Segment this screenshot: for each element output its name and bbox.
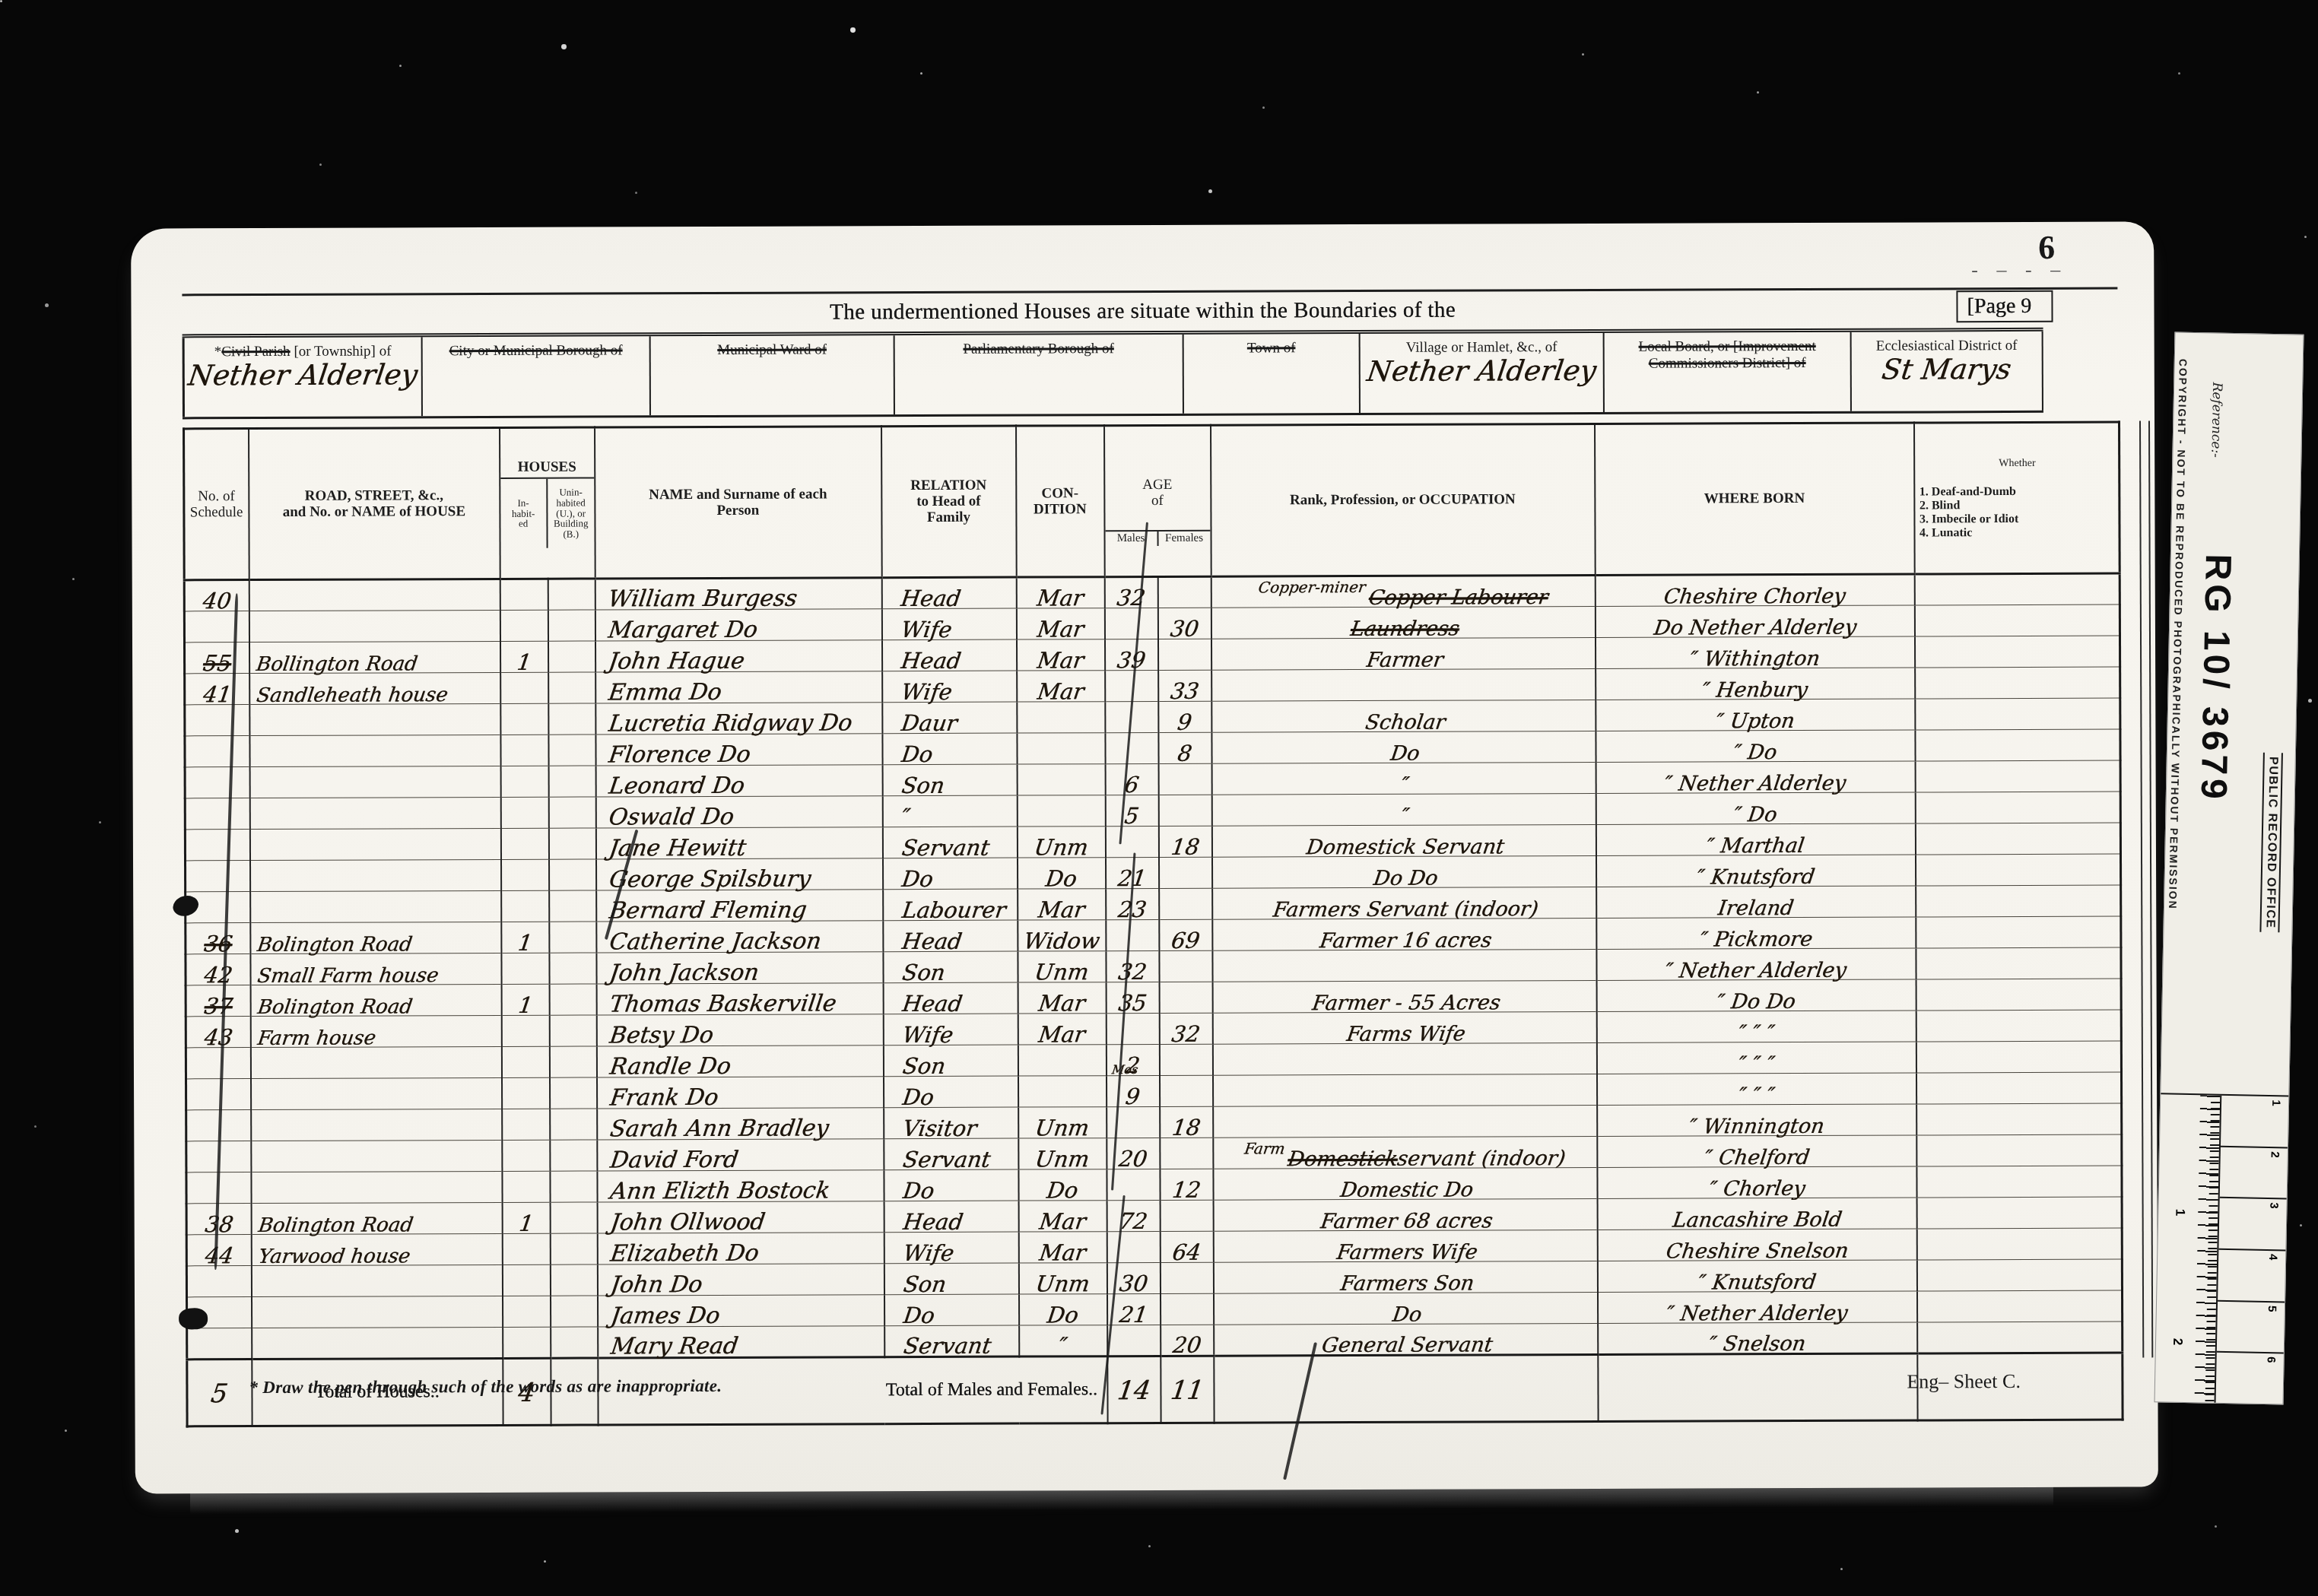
birthplace: ″ ″ ″: [1737, 1023, 1776, 1043]
birthplace: ″ Do: [1732, 743, 1778, 763]
age-female: 64: [1171, 1242, 1202, 1263]
condition: Mar: [1036, 619, 1085, 640]
person-name: Catherine Jackson: [608, 931, 822, 953]
ruler-cm-number: 1: [2269, 1099, 2282, 1106]
person-name: James Do: [609, 1306, 721, 1328]
occupation: Farms Wife: [1345, 1024, 1466, 1044]
birthplace: ″ Nether Alderley: [1665, 1303, 1850, 1323]
ruler-cm-number: 4: [2266, 1254, 2279, 1261]
col-where-born: WHERE BORN: [1595, 423, 1915, 575]
col-name: NAME and Surname of each Person: [595, 427, 882, 579]
film-noise: [0, 0, 2, 2]
age-male: 35: [1117, 993, 1148, 1014]
ink-blot: [179, 1308, 208, 1329]
person-name: Bernard Fleming: [608, 900, 808, 922]
col-age-group: AGE of Males Females: [1104, 425, 1211, 576]
relation: Servant: [900, 837, 991, 858]
birthplace: ″ Henbury: [1701, 681, 1809, 700]
age-female: 18: [1170, 1117, 1202, 1138]
top-rule: [182, 287, 2117, 297]
header-field-label: Town of: [1184, 340, 1359, 357]
age-male: 21: [1118, 1305, 1149, 1326]
census-form-page: 6 - – - – The undermentioned Houses are …: [131, 221, 2158, 1493]
occupation: General Servant: [1320, 1335, 1494, 1355]
ruler-cm-cell: 2: [2220, 1147, 2288, 1200]
condition: Mar: [1036, 588, 1085, 609]
census-table-body: 40 William Burgess Head Mar 32 Copper-mi…: [184, 573, 2123, 1360]
age-male: 20: [1118, 1149, 1149, 1170]
header-field-value: Nether Alderley: [186, 362, 419, 389]
occupation-correction: Farm: [1243, 1141, 1286, 1156]
ruler-cm-cell: 1: [2221, 1096, 2288, 1148]
age-male: 32: [1117, 962, 1148, 983]
age-female: 18: [1170, 836, 1201, 858]
occupation: Do: [1389, 744, 1421, 763]
relation: Head: [900, 993, 963, 1014]
schedule-number: 43: [203, 1027, 234, 1049]
birthplace: Ireland: [1717, 899, 1795, 919]
occupation-struck: Domestick: [1287, 1149, 1399, 1169]
col-condition: CON- DITION: [1016, 426, 1105, 577]
header-field: Municipal Ward of: [649, 335, 894, 415]
relation: Visitor: [901, 1118, 978, 1139]
age-female: 30: [1169, 618, 1200, 639]
condition: Unm: [1034, 1149, 1091, 1170]
road-name: Yarwood house: [251, 1247, 411, 1266]
schedule-number: 36: [202, 934, 233, 955]
page-number-box: [Page 9: [1956, 290, 2053, 322]
person-name: Thomas Baskerville: [608, 994, 837, 1017]
header-field: Local Board, or [Improvement Commissione…: [1603, 332, 1850, 412]
birthplace: ″ Winnington: [1688, 1117, 1825, 1137]
occupation: ″: [1400, 775, 1411, 795]
schedule-number: 38: [204, 1214, 235, 1236]
col-age-males: Males: [1105, 531, 1157, 547]
reference-label: Reference:-: [2208, 382, 2224, 458]
form-title: The undermentioned Houses are situate wi…: [648, 297, 1637, 326]
relation: Son: [902, 1274, 948, 1296]
occupation: Farmer: [1365, 650, 1444, 670]
column-header-row: No. of Schedule ROAD, STREET, &c., and N…: [184, 422, 2120, 580]
public-record-office-label: PUBLIC RECORD OFFICE: [2259, 753, 2283, 933]
totals-schedule-count: 5: [210, 1382, 230, 1406]
birthplace: ″ Nether Alderley: [1663, 773, 1847, 793]
person-name: John Do: [609, 1274, 703, 1296]
ruler-cm-cell: 6: [2216, 1353, 2284, 1404]
age-female: 69: [1170, 930, 1202, 951]
relation: Do: [902, 1306, 935, 1327]
disabilities-list: 1. Deaf-and-Dumb 2. Blind 3. Imbecile or…: [1919, 485, 2116, 541]
occupation: Farmer - 55 Acres: [1310, 993, 1500, 1014]
birthplace: ″ Do Do: [1716, 992, 1797, 1012]
person-name: John Ollwood: [608, 1212, 766, 1234]
ruler-cm-cell: 3: [2218, 1198, 2286, 1251]
ruler-cm-number: 5: [2266, 1306, 2278, 1312]
condition: Unm: [1034, 962, 1090, 983]
birthplace: ″ ″ ″: [1737, 1055, 1776, 1074]
ruler-cm-cell: 4: [2218, 1250, 2285, 1303]
ruler-cm-cell: 5: [2217, 1302, 2285, 1354]
age-female: 32: [1170, 1023, 1202, 1045]
condition: Unm: [1033, 837, 1089, 858]
birthplace: ″ Snelson: [1708, 1334, 1807, 1354]
header-field: *Civil Parish [or Township] of Nether Al…: [183, 337, 421, 417]
condition: Widow: [1022, 931, 1100, 952]
person-name: Elizabeth Do: [608, 1243, 760, 1265]
header-field: Town of: [1183, 334, 1359, 414]
ruler-cm-number: 3: [2267, 1202, 2280, 1209]
condition: Unm: [1034, 1118, 1091, 1139]
condition: Mar: [1038, 1211, 1088, 1233]
age-male: 30: [1118, 1274, 1149, 1295]
person-name: George Spilsbury: [608, 869, 812, 891]
table-row: 42 Small Farm house John Jackson Son Unm…: [186, 947, 2121, 985]
total-males-females-label: Total of Males and Females..: [886, 1379, 1097, 1400]
condition: Do: [1046, 1180, 1079, 1201]
condition: Do: [1044, 868, 1078, 890]
relation: Head: [900, 931, 963, 952]
houses-inhabited: 1: [516, 652, 532, 673]
condition: Mar: [1037, 993, 1087, 1014]
relation: Son: [901, 1056, 947, 1077]
occupation: Scholar: [1364, 712, 1446, 732]
col-schedule: No. of Schedule: [184, 429, 249, 580]
col-uninhabited: Unin- habited (U.), or Building (B.): [546, 478, 594, 548]
corner-pen-marks: - – - –: [1971, 259, 2067, 281]
person-name: Lucretia Ridgway Do: [607, 712, 853, 735]
birthplace: ″ Upton: [1715, 712, 1796, 731]
road-name: Bolington Road: [249, 998, 413, 1017]
col-inhabited: In- habit- ed: [500, 478, 547, 548]
birthplace: ″ Pickmore: [1698, 930, 1813, 950]
table-row: 40 William Burgess Head Mar 32 Copper-mi…: [184, 573, 2120, 611]
occupation: servant (indoor): [1396, 1149, 1567, 1169]
condition: Unm: [1034, 1274, 1091, 1295]
condition: Mar: [1036, 650, 1085, 671]
relation: Wife: [900, 620, 953, 641]
age-group-title: AGE of: [1105, 455, 1210, 530]
header-field-label: Parliamentary Borough of: [895, 341, 1183, 359]
header-field: Village or Hamlet, &c., of Nether Alderl…: [1359, 333, 1603, 413]
header-field: Parliamentary Borough of: [894, 335, 1183, 414]
birthplace: ″ Knutsford: [1695, 868, 1815, 887]
occupation: Domestick Servant: [1305, 837, 1505, 858]
person-name: Leonard Do: [607, 776, 745, 798]
houses-inhabited: 1: [518, 1213, 535, 1234]
condition: Mar: [1036, 681, 1085, 703]
relation: Wife: [900, 1025, 954, 1046]
person-name: Randle Do: [608, 1056, 732, 1078]
relation: Head: [900, 650, 962, 671]
person-name: Oswald Do: [607, 807, 735, 829]
birthplace: ″ ″ ″: [1737, 1086, 1776, 1106]
ruler-cm-number: 2: [2269, 1151, 2281, 1158]
houses-inhabited: 1: [517, 995, 534, 1016]
relation: Servant: [902, 1335, 992, 1356]
occupation: Farmers Wife: [1335, 1242, 1478, 1262]
relation: ″: [900, 807, 911, 828]
col-age-females: Females: [1157, 531, 1210, 546]
microfilm-frame: { "page": { "corner_number": "6", "corne…: [0, 0, 2318, 1596]
table-row: Leonard Do Son 6 ″ ″ Nether Alderley: [185, 760, 2120, 798]
birthplace: ″ Marthal: [1706, 836, 1806, 856]
header-field: City or Municipal Borough of: [421, 336, 649, 416]
schedule-number: 37: [203, 996, 234, 1017]
age-note: Mos: [1110, 1064, 1138, 1075]
age-female: 12: [1171, 1179, 1202, 1201]
table-row: 44 Yarwood house Elizabeth Do Wife Mar 6…: [186, 1228, 2122, 1266]
relation: Daur: [900, 712, 958, 734]
table-row: James Do Do Do 21 Do ″ Nether Alderley: [187, 1290, 2123, 1328]
person-name: Betsy Do: [608, 1025, 714, 1047]
age-male: 5: [1123, 806, 1140, 827]
total-females: 11: [1169, 1379, 1205, 1403]
person-name: Ann Elizth Bostock: [608, 1181, 830, 1204]
relation: Labourer: [900, 900, 1007, 921]
occupation: Farmer 68 acres: [1319, 1211, 1494, 1231]
col-houses-group: HOUSES In- habit- ed Unin- habited (U.),…: [500, 427, 595, 579]
relation: Head: [901, 1211, 964, 1233]
condition: Mar: [1038, 1242, 1088, 1264]
header-field-label: City or Municipal Borough of: [423, 342, 649, 360]
person-name: Sarah Ann Bradley: [608, 1118, 830, 1141]
col-road: ROAD, STREET, &c., and No. or NAME of HO…: [249, 427, 500, 579]
age-female: 33: [1169, 681, 1200, 702]
road-name: Small Farm house: [249, 966, 439, 986]
birthplace: ″ Nether Alderley: [1664, 960, 1848, 980]
person-name: John Hague: [607, 651, 745, 673]
occupation: Farmers Son: [1339, 1274, 1475, 1293]
table-row: Margaret Do Wife Mar 30 Laundress Do Net…: [184, 604, 2120, 643]
ruler-inch-number: 1: [2172, 1209, 2187, 1217]
header-fields: *Civil Parish [or Township] of Nether Al…: [183, 328, 2043, 420]
ruler: 123456 12: [2155, 1093, 2289, 1404]
relation: Son: [900, 776, 945, 797]
occupation: Do Do: [1372, 868, 1439, 888]
relation: Wife: [900, 682, 953, 703]
person-name: Frank Do: [608, 1087, 719, 1109]
occupation-correction: Copper-miner: [1257, 580, 1366, 595]
relation: Do: [900, 869, 934, 890]
road-name: Bollington Road: [249, 655, 418, 674]
pro-reference-strip: COPYRIGHT - NOT TO BE REPRODUCED PHOTOGR…: [2154, 332, 2304, 1404]
disabilities-title: Whether: [1919, 457, 2116, 470]
ruler-cm-cells: 123456: [2216, 1096, 2289, 1404]
relation: Do: [901, 1181, 935, 1202]
ruler-inch-number: 2: [2170, 1338, 2185, 1346]
occupation: Do: [1391, 1305, 1422, 1325]
birthplace: Cheshire Snelson: [1665, 1241, 1850, 1261]
header-field-value: St Marys: [1881, 356, 2013, 383]
occupation-struck: Copper Labourer: [1367, 588, 1549, 608]
condition: Mar: [1037, 1024, 1087, 1045]
form-footnote: * Draw the pen through such of the words…: [249, 1376, 722, 1398]
ruler-cm-number: 6: [2265, 1356, 2278, 1363]
birthplace: Do Nether Alderley: [1653, 617, 1857, 638]
road-name: Sandleheath house: [249, 686, 449, 706]
person-name: William Burgess: [606, 589, 798, 611]
birthplace: ″ Withington: [1689, 649, 1821, 669]
schedule-number: 40: [202, 591, 233, 612]
person-name: David Ford: [608, 1150, 739, 1172]
birthplace: ″ Chelford: [1703, 1148, 1810, 1168]
person-name: John Jackson: [608, 963, 760, 985]
schedule-number: 55: [202, 653, 233, 674]
person-name: Emma Do: [607, 682, 722, 704]
header-field: Ecclesiastical District of St Marys: [1850, 332, 2043, 411]
relation: Head: [899, 588, 961, 609]
col-relation: RELATION to Head of Family: [881, 426, 1017, 577]
occupation: ″: [1400, 806, 1411, 826]
age-female: 9: [1176, 712, 1193, 733]
age-female: 20: [1171, 1334, 1202, 1356]
relation: Son: [900, 963, 946, 984]
reference-number: RG 10/ 3679: [2193, 554, 2239, 803]
header-field-value: Nether Alderley: [1365, 357, 1598, 385]
age-male: 39: [1116, 650, 1147, 671]
header-field-label: Municipal Ward of: [651, 341, 894, 360]
person-name: Margaret Do: [607, 620, 759, 642]
person-name: Mary Read: [609, 1336, 739, 1358]
relation: Servant: [901, 1149, 992, 1170]
condition: ″: [1057, 1335, 1069, 1356]
houses-group-title: HOUSES: [500, 458, 594, 479]
birthplace: ″ Chorley: [1707, 1179, 1805, 1199]
col-disabilities: Whether 1. Deaf-and-Dumb 2. Blind 3. Imb…: [1914, 422, 2120, 574]
sheet-label: Eng– Sheet C.: [1907, 1370, 2021, 1394]
birthplace: Cheshire Chorley: [1662, 586, 1846, 606]
houses-inhabited: 1: [516, 932, 533, 953]
census-table: No. of Schedule ROAD, STREET, &c., and N…: [183, 421, 2124, 1428]
relation: Wife: [901, 1242, 954, 1264]
header-field-label: Local Board, or [Improvement Commissione…: [1605, 338, 1850, 373]
road-name: Farm house: [250, 1029, 376, 1048]
table-row: 38 Bolington Road 1 John Ollwood Head Ma…: [186, 1197, 2122, 1235]
total-males: 14: [1116, 1379, 1152, 1403]
schedule-number: 41: [202, 684, 233, 706]
condition: Mar: [1037, 900, 1086, 921]
occupation: Domestic Do: [1339, 1180, 1475, 1200]
birthplace: ″ Do: [1732, 805, 1778, 825]
relation: Do: [900, 744, 933, 766]
condition: Do: [1046, 1305, 1079, 1326]
right-edge-rules: [2139, 420, 2153, 1357]
occupation: Farmer 16 acres: [1319, 931, 1493, 950]
relation: Do: [901, 1087, 935, 1109]
person-name: Florence Do: [607, 744, 751, 766]
road-name: Bolington Road: [250, 1216, 414, 1235]
col-occupation: Rank, Profession, or OCCUPATION: [1211, 424, 1596, 576]
schedule-number: 44: [204, 1245, 235, 1267]
age-female: 8: [1176, 743, 1193, 764]
schedule-number: 42: [202, 965, 233, 986]
occupation: Farmers Servant (indoor): [1272, 900, 1539, 920]
road-name: Bolington Road: [249, 935, 413, 954]
occupation-struck: Laundress: [1349, 619, 1460, 639]
birthplace: ″ Knutsford: [1697, 1273, 1817, 1293]
age-male: 9: [1124, 1087, 1141, 1108]
birthplace: Lancashire Bold: [1671, 1210, 1843, 1230]
